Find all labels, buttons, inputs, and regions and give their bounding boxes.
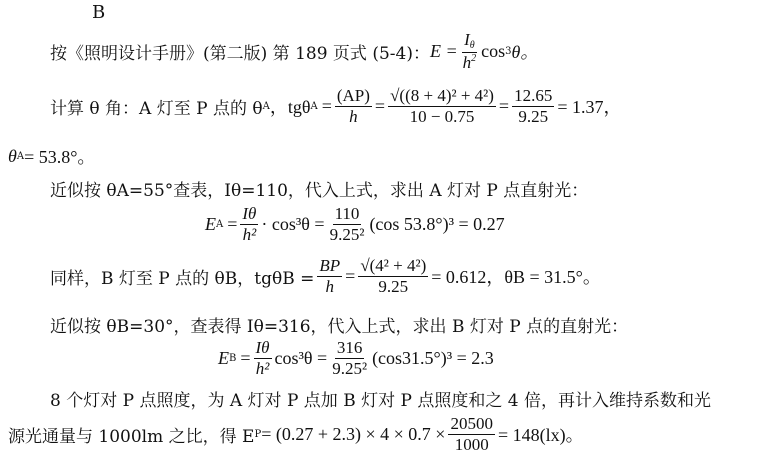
fraction: 110 9.25² bbox=[328, 204, 367, 244]
sub-a: A bbox=[263, 101, 270, 112]
cos-text: cos bbox=[481, 41, 505, 62]
equals: = bbox=[345, 266, 355, 287]
tail: (cos 53.8°)³ = 0.27 bbox=[369, 214, 504, 235]
equals: = bbox=[499, 96, 509, 117]
lhs: E bbox=[205, 214, 216, 235]
sub: A bbox=[17, 151, 24, 162]
tail-end: θ。 bbox=[512, 38, 539, 64]
fraction: Iθ h² bbox=[240, 204, 258, 244]
fraction-value: 12.65 9.25 bbox=[512, 86, 554, 126]
denominator: 9.25² bbox=[328, 225, 367, 245]
equals: = bbox=[375, 96, 385, 117]
lhs-sub: B bbox=[229, 353, 236, 364]
den-text: h bbox=[463, 53, 472, 72]
fraction-ap: (AP) h bbox=[335, 86, 372, 126]
theta-b-calc: 同样，B 灯至 P 点的 θB，tgθB = BP h = √(4² + 4²)… bbox=[50, 256, 601, 296]
den-sup: 2 bbox=[471, 53, 476, 64]
fraction: BP h bbox=[317, 256, 342, 296]
theta: θ bbox=[8, 146, 17, 167]
final-text: 源光通量与 1000lm 之比，得 E bbox=[8, 422, 254, 447]
sub: P bbox=[254, 429, 261, 440]
calc-text: 同样，B 灯至 P 点的 θB，tgθB = bbox=[50, 264, 314, 289]
approx-text: 近似按 θB=30°，查表得 Iθ=316，代入上式，求出 B 灯对 P 点的直… bbox=[50, 312, 628, 337]
section-label: B bbox=[92, 2, 105, 23]
fraction: √(4² + 4²) 9.25 bbox=[358, 256, 428, 296]
intro-text: 按《照明设计手册》(第二版) 第 189 页式 (5-4)： bbox=[50, 39, 430, 64]
mid: · cos³θ = bbox=[261, 214, 324, 235]
numerator: 316 bbox=[335, 338, 365, 359]
equals: = bbox=[322, 96, 332, 117]
numerator: √((8 + 4)² + 4²) bbox=[388, 86, 496, 107]
fraction: 20500 1000 bbox=[448, 414, 495, 454]
summary-text: 8 个灯对 P 点照度，为 A 灯对 P 点加 B 灯对 P 点照度和之 4 倍… bbox=[50, 386, 711, 411]
numerator: √(4² + 4²) bbox=[358, 256, 428, 277]
tail: = 0.612，θB = 31.5°。 bbox=[431, 263, 601, 289]
theta-a-calc: 计算 θ 角：A 灯至 P 点的 θA ，tgθA = (AP) h = √((… bbox=[50, 86, 621, 126]
denominator: 1000 bbox=[453, 435, 491, 455]
denominator: 9.25 bbox=[376, 277, 410, 297]
numerator: 110 bbox=[333, 204, 362, 225]
denominator: h2 bbox=[461, 53, 479, 73]
approx-a: 近似按 θA=55°查表，Iθ=110，代入上式，求出 A 灯对 P 点直射光： bbox=[50, 176, 588, 201]
lhs-sub: A bbox=[216, 219, 223, 230]
numerator: Iθ bbox=[254, 338, 272, 359]
tail: (cos31.5°)³ = 2.3 bbox=[372, 348, 494, 369]
mid: cos³θ = bbox=[275, 348, 328, 369]
fraction: 316 9.25² bbox=[330, 338, 369, 378]
denominator: h bbox=[324, 277, 337, 297]
numerator: BP bbox=[317, 256, 342, 277]
approx-b: 近似按 θB=30°，查表得 Iθ=316，代入上式，求出 B 灯对 P 点的直… bbox=[50, 312, 628, 337]
num-sub: θ bbox=[470, 40, 475, 51]
tg-text: ，tgθ bbox=[270, 93, 311, 119]
numerator: 12.65 bbox=[512, 86, 554, 107]
final-result: 源光通量与 1000lm 之比，得 EP = (0.27 + 2.3) × 4 … bbox=[8, 414, 584, 454]
fraction: Iθ h2 bbox=[461, 30, 479, 72]
denominator: h² bbox=[254, 359, 272, 379]
formula-lhs: E = bbox=[430, 41, 458, 62]
expr: = (0.27 + 2.3) × 4 × 0.7 × bbox=[261, 424, 445, 445]
tail: = 148(lx)。 bbox=[498, 421, 584, 447]
numerator: 20500 bbox=[448, 414, 495, 435]
fraction-sqrt: √((8 + 4)² + 4²) 10 − 0.75 bbox=[388, 86, 496, 126]
numerator: (AP) bbox=[335, 86, 372, 107]
equals: = bbox=[240, 348, 250, 369]
denominator: h bbox=[347, 107, 360, 127]
formula-intro: 按《照明设计手册》(第二版) 第 189 页式 (5-4)： E = Iθ h2… bbox=[50, 30, 538, 72]
calc-text: 计算 θ 角：A 灯至 P 点的 θ bbox=[50, 94, 263, 119]
equals: = bbox=[227, 214, 237, 235]
denominator: 10 − 0.75 bbox=[408, 107, 477, 127]
theta-a-result: θA = 53.8°。 bbox=[8, 143, 95, 169]
denominator: 9.25² bbox=[330, 359, 369, 379]
denominator: 9.25 bbox=[516, 107, 550, 127]
result: = 1.37， bbox=[557, 93, 621, 119]
denominator: h² bbox=[241, 225, 259, 245]
label-text: B bbox=[92, 2, 105, 23]
ea-formula: EA = Iθ h² · cos³θ = 110 9.25² (cos 53.8… bbox=[205, 204, 505, 244]
approx-text: 近似按 θA=55°查表，Iθ=110，代入上式，求出 A 灯对 P 点直射光： bbox=[50, 176, 588, 201]
numerator: Iθ bbox=[240, 204, 258, 225]
lhs: E bbox=[218, 348, 229, 369]
fraction: Iθ h² bbox=[254, 338, 272, 378]
value: = 53.8°。 bbox=[24, 143, 95, 169]
summary: 8 个灯对 P 点照度，为 A 灯对 P 点加 B 灯对 P 点照度和之 4 倍… bbox=[50, 386, 711, 411]
numerator: Iθ bbox=[462, 30, 477, 53]
eb-formula: EB = Iθ h² cos³θ = 316 9.25² (cos31.5°)³… bbox=[218, 338, 494, 378]
